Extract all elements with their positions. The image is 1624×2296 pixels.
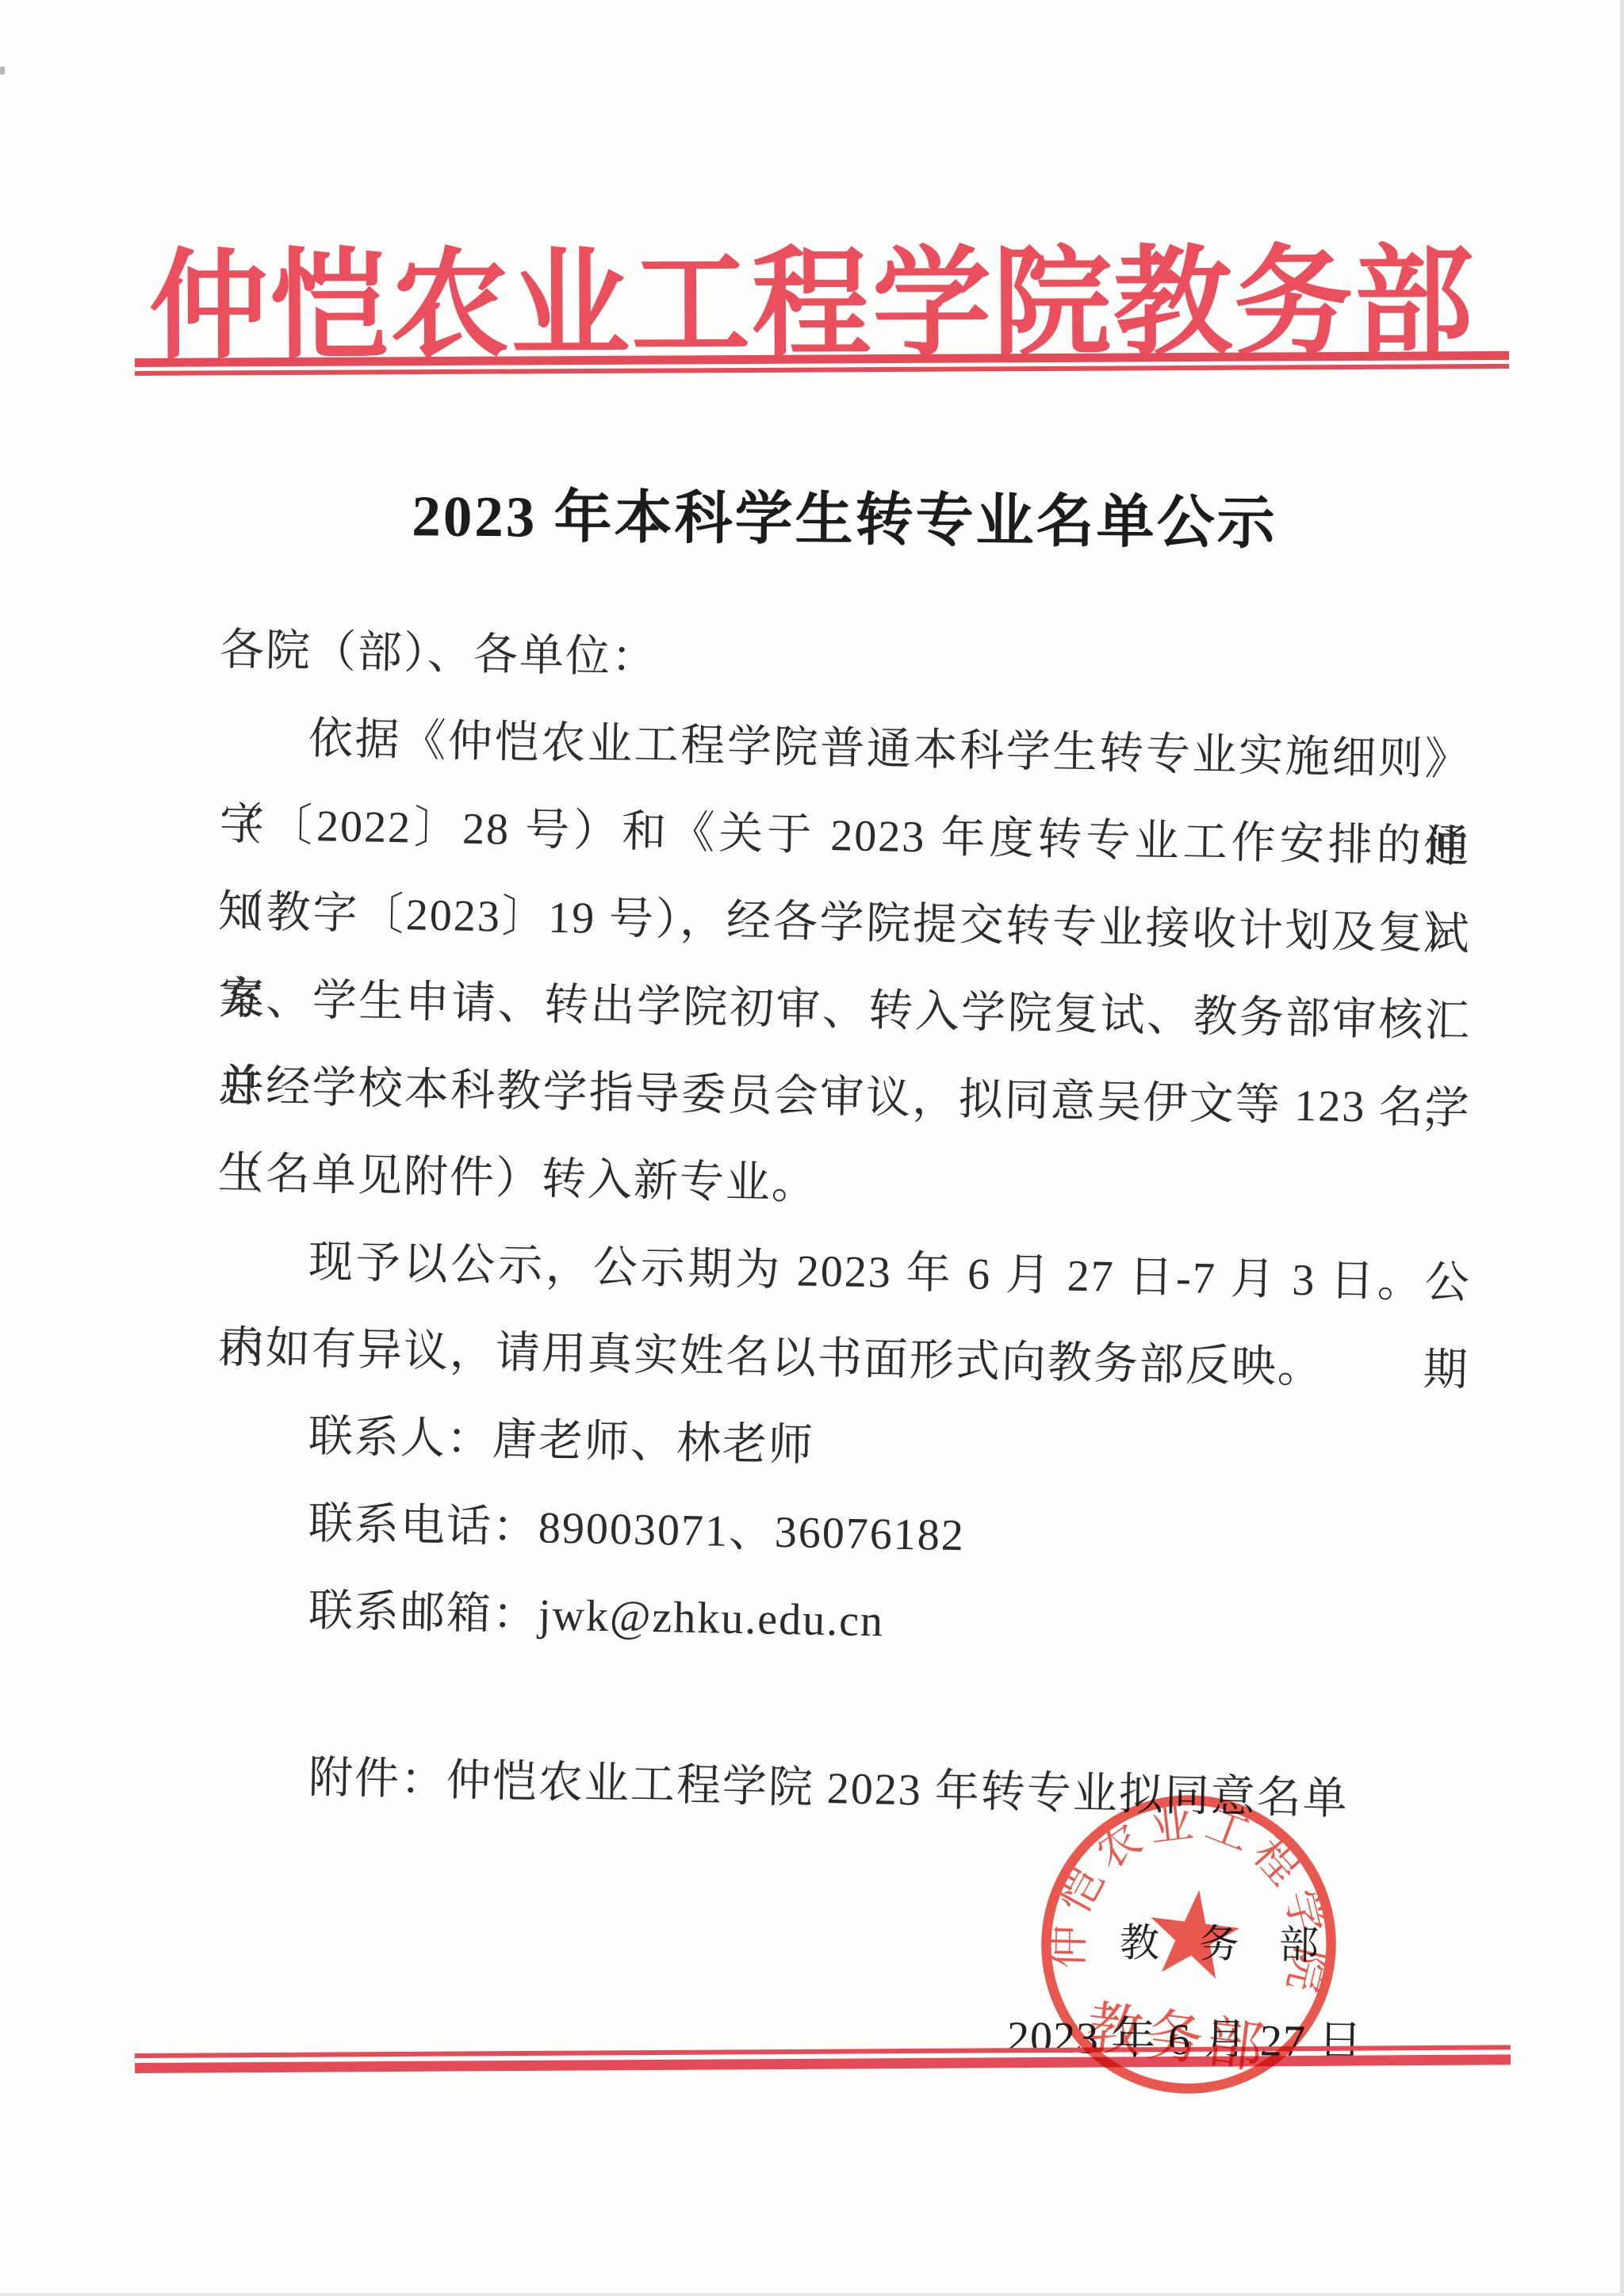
scan-edge-right — [1620, 0, 1624, 2296]
scan-edge-bottom — [0, 2293, 1624, 2296]
scan-speck — [0, 67, 5, 75]
seal-ring-text: 仲恺农业工程学院 — [1038, 1780, 1352, 2004]
seal-star-icon — [1144, 1885, 1243, 1980]
document-page: 仲恺农业工程学院教务部 2023 年本科学生转专业名单公示 各院（部）、各单位：… — [0, 0, 1624, 2296]
document-body: 各院（部）、各单位： 依据《仲恺农业工程学院普通本科学生转专业实施细则》（仲 字… — [220, 607, 1471, 1653]
official-seal-icon: 仲恺农业工程学院 教务部 — [1020, 1774, 1358, 2115]
document-title: 2023 年本科学生转专业名单公示 — [220, 467, 1470, 561]
